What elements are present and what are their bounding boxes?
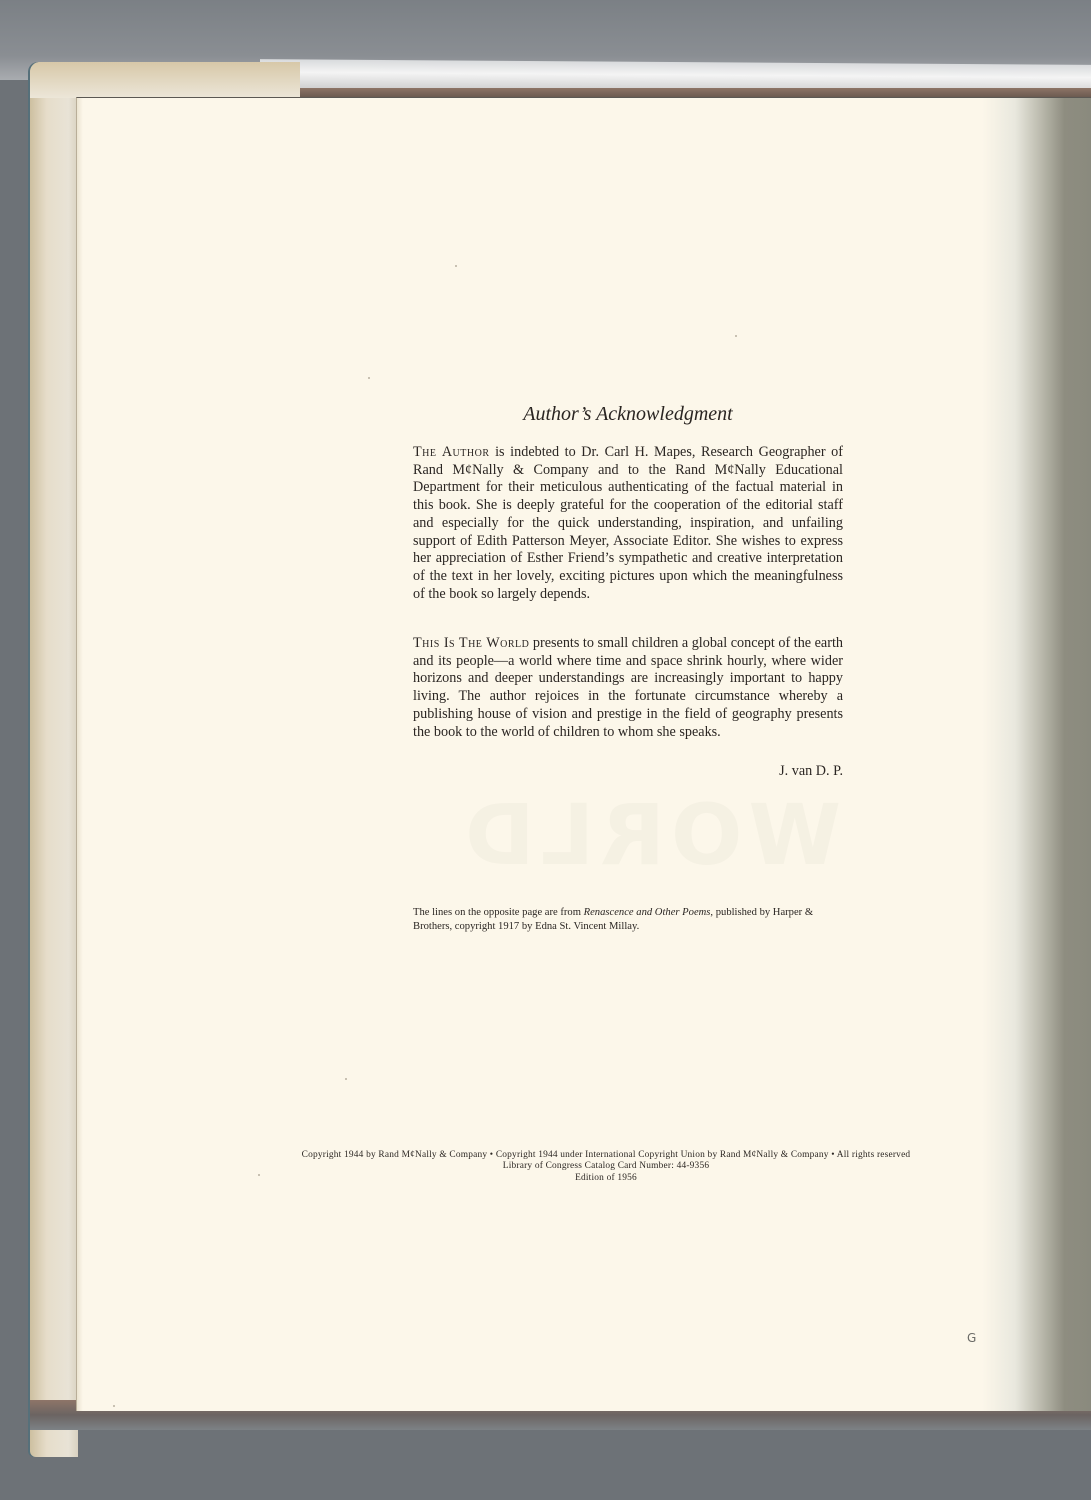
edition-line: Edition of 1956: [222, 1173, 990, 1184]
book-cover-top-left-corner: [30, 62, 300, 98]
poem-credit-note: The lines on the opposite page are from …: [413, 906, 853, 934]
acknowledgment-paragraph-1: The Author is indebted to Dr. Carl H. Ma…: [413, 444, 843, 603]
paragraph-text: is indebted to Dr. Carl H. Mapes, Resear…: [413, 444, 843, 602]
acknowledgment-paragraph-2: This Is The World presents to small chil…: [413, 635, 843, 741]
note-prefix: The lines on the opposite page are from: [413, 907, 584, 918]
copyright-line: Copyright 1944 by Rand M¢Nally & Company…: [222, 1150, 990, 1161]
book-cover-left-edge: [30, 62, 78, 1457]
page-left-edge: [77, 98, 83, 1411]
paper-speck: [368, 377, 370, 379]
bleed-through-text: WORLD: [440, 790, 860, 880]
paper-speck: [258, 1174, 260, 1176]
paper-speck: [345, 1078, 347, 1080]
page-gutter-shadow: [982, 98, 1091, 1411]
paper-speck: [735, 335, 737, 337]
paper-speck: [455, 265, 457, 267]
note-work-title: Renascence and Other Poems: [584, 907, 711, 918]
book-page: [76, 97, 1091, 1411]
paragraph-lead-small-caps: This Is The World: [413, 635, 529, 651]
paper-speck: [113, 1405, 115, 1407]
signature-mark: G: [967, 1331, 976, 1345]
acknowledgment-title: Author’s Acknowledgment: [413, 403, 843, 426]
author-initials: J. van D. P.: [413, 763, 843, 780]
catalog-card-number: Library of Congress Catalog Card Number:…: [222, 1161, 990, 1172]
copyright-block: Copyright 1944 by Rand M¢Nally & Company…: [222, 1150, 990, 1184]
paragraph-lead-small-caps: The Author: [413, 444, 490, 460]
